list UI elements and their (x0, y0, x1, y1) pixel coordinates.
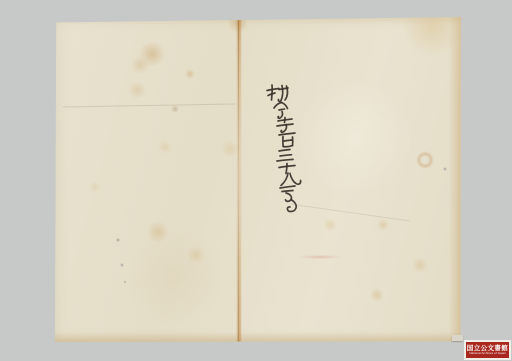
archive-stamp: 国立公文書館 National Archives of Japan (464, 340, 511, 360)
scan-artifact (452, 335, 463, 341)
scan-background: 勅令第百三十九号 国立公文書館 National Archives of Jap… (0, 0, 512, 361)
calligraphy-text: 勅令第百三十九号 (270, 80, 292, 220)
stamp-en-label: National Archives of Japan (469, 352, 506, 354)
paper-fold-core (238, 17, 239, 342)
document-paper (55, 17, 461, 342)
paper-stains (55, 17, 461, 342)
